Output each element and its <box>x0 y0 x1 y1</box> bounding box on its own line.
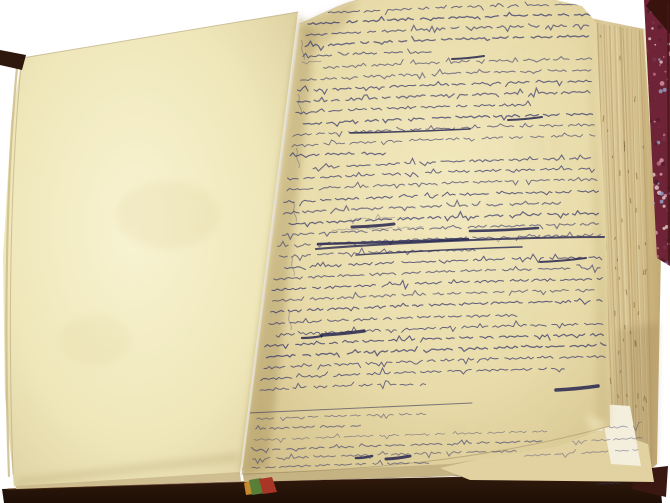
left-page-stain-1 <box>116 181 220 249</box>
book-scene-svg <box>0 0 670 503</box>
spine-top-cover-sliver <box>0 50 26 70</box>
cover-edge-line <box>668 4 669 262</box>
left-page-stain-2 <box>59 314 131 366</box>
book-photograph <box>0 0 670 503</box>
